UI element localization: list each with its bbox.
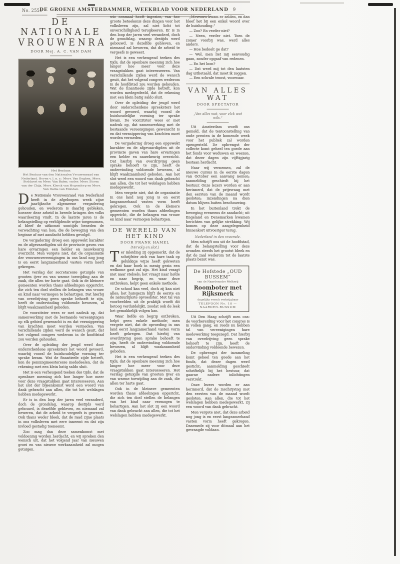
page-number: 9	[222, 7, 246, 12]
column-right: „Mevrouw kwam er zelden, en dan bleef he…	[186, 15, 250, 558]
dialogue-line: — En het loon?	[186, 62, 250, 66]
article-byline: DOOR Mej. A. C. VAN DAM	[18, 50, 104, 54]
body-paragraph: Over de opleiding der jeugd werd door on…	[110, 101, 180, 141]
body-paragraph: Over de opleiding der jeugd werd door on…	[18, 343, 104, 369]
column-left: DE NATIONALE VROUWENRAAD DOOR Mej. A. C.…	[18, 15, 104, 558]
section-subline: (Vervolg en slot.)	[110, 246, 180, 250]
body-paragraph: De Nationale Vrouwenraad van Nederland h…	[18, 194, 104, 238]
body-paragraph: Onze lezers worden er aan herinnerd, dat…	[186, 383, 250, 409]
body-paragraph: De school kan veel, doch zij kan niet al…	[110, 287, 180, 313]
advertisement-oud-bussem: De Hofstede „OUD BUSSEM” van de Naardens…	[186, 266, 249, 312]
body-paragraph: Naar wij vernemen, zal de nieuwe cursus …	[186, 166, 250, 206]
body-paragraph: Waar liefde en begrip ontbreken, helpt g…	[110, 315, 180, 355]
dialogue-line: „Mevrouw kwam er zelden, en dan bleef he…	[186, 15, 250, 28]
body-paragraph: Het verslag der secretaresse getuigde va…	[18, 271, 104, 311]
section-heading: DE WERELD VAN HET KIND	[110, 228, 180, 240]
body-paragraph: In het buitenland trekt de beweging even…	[186, 207, 250, 233]
body-paragraph: wie eenmaal heeft ingezien, van hoe groo…	[110, 15, 180, 55]
dialogue-line: — Hoe bedoelt ge dat?	[186, 48, 250, 52]
body-paragraph: De voorzitster wees er met nadruk op, da…	[18, 311, 104, 342]
body-paragraph: De vergadering droeg een opgewekt karakt…	[18, 239, 104, 270]
dialogue-line: — Dat werd mij tot den laatsten dag uitb…	[186, 67, 250, 76]
body-paragraph: Uit Den Haag schrijft men ons: de voorbe…	[186, 315, 250, 350]
body-paragraph: Het is een verheugend teeken des tijds, …	[110, 56, 180, 100]
body-paragraph: De opbrengst der inzameling komt geheel …	[186, 351, 250, 382]
ad-contact: TELEFOON No. 10 — NAARDEN-BUSSUM	[189, 303, 247, 310]
section-motto: „Van alles wat, voor elck wat wils.”	[189, 112, 246, 120]
ad-note: dagelijks versch verkrijgbaar	[189, 298, 247, 301]
body-paragraph: Ook in de kleinere gemeenten worden than…	[110, 387, 180, 418]
body-paragraph: Men vergete niet, dat de organisatie in …	[110, 191, 180, 222]
separator-rule	[207, 109, 229, 110]
body-paragraph: De vergadering droeg een opgewekt karakt…	[110, 142, 180, 190]
section-rule	[186, 84, 250, 85]
body-paragraph: Zoo mag dan deze samenkomst met voldoeni…	[18, 430, 104, 452]
column-middle: wie eenmaal heeft ingezien, van hoe groo…	[110, 15, 180, 558]
section-rule	[110, 225, 180, 226]
article-title-line1: DE NATIONALE	[18, 17, 104, 38]
body-paragraph: Men schrijft ons uit de hoofdstad, dat d…	[186, 240, 250, 262]
dialogue-line: — Een schrale troost, voorwaar.	[186, 76, 250, 80]
printed-sheet: No. 2551 DE GROENE AMSTERDAMMER, WEEKBLA…	[0, 0, 400, 564]
section-byline: DOOR FRANK HAMEL	[110, 241, 180, 245]
body-paragraph: Het is een verheugend teeken des tijds, …	[18, 371, 104, 397]
group-portrait-photo	[18, 59, 104, 168]
photo-caption: Het Bestuur van den Nationalen Vrouwenra…	[20, 173, 101, 191]
newspaper-page: No. 2551 DE GROENE AMSTERDAMMER, WEEKBLA…	[0, 0, 400, 564]
photo-caption-title: Het Bestuur.	[18, 169, 104, 172]
section-heading: VAN ALLES WAT	[186, 86, 250, 101]
body-paragraph: Men vergete niet, dat deze arbeid nog jo…	[186, 411, 250, 433]
section-byline: DOOR SPECTATOR	[186, 103, 250, 107]
ad-subtitle: van de Naardensche Melkerij	[189, 281, 247, 284]
ad-farm-name: De Hofstede „OUD BUSSEM”	[189, 269, 247, 280]
body-paragraph: Het is een verheugend teeken des tijds, …	[110, 355, 180, 386]
dialogue-line: — Neen, verder niet. Toen de zomer voorb…	[186, 34, 250, 47]
body-paragraph: Er is in den loop der jaren veel verande…	[18, 398, 104, 429]
running-title: DE GROENE AMSTERDAMMER, WEEKBLAD VOOR NE…	[18, 7, 250, 13]
ad-product: Roomboter met Rijksmerk	[189, 285, 247, 297]
dialogue-line: — Wel, men liet mij eenvoudig gaan, zond…	[186, 53, 250, 62]
dialogue-line: — Zoo? En verder niet?	[186, 29, 250, 33]
separator-rule	[207, 122, 229, 123]
article-title-line2: VROUWENRAAD	[18, 37, 104, 47]
news-item-title: Nederland in den vreemde.	[186, 235, 250, 239]
body-paragraph: Uit Amsterdam wordt ons gemeld, dat de t…	[186, 125, 250, 165]
separator-rule	[50, 56, 72, 57]
body-paragraph: Ter inleiding zij opgemerkt, dat de schr…	[110, 251, 180, 286]
